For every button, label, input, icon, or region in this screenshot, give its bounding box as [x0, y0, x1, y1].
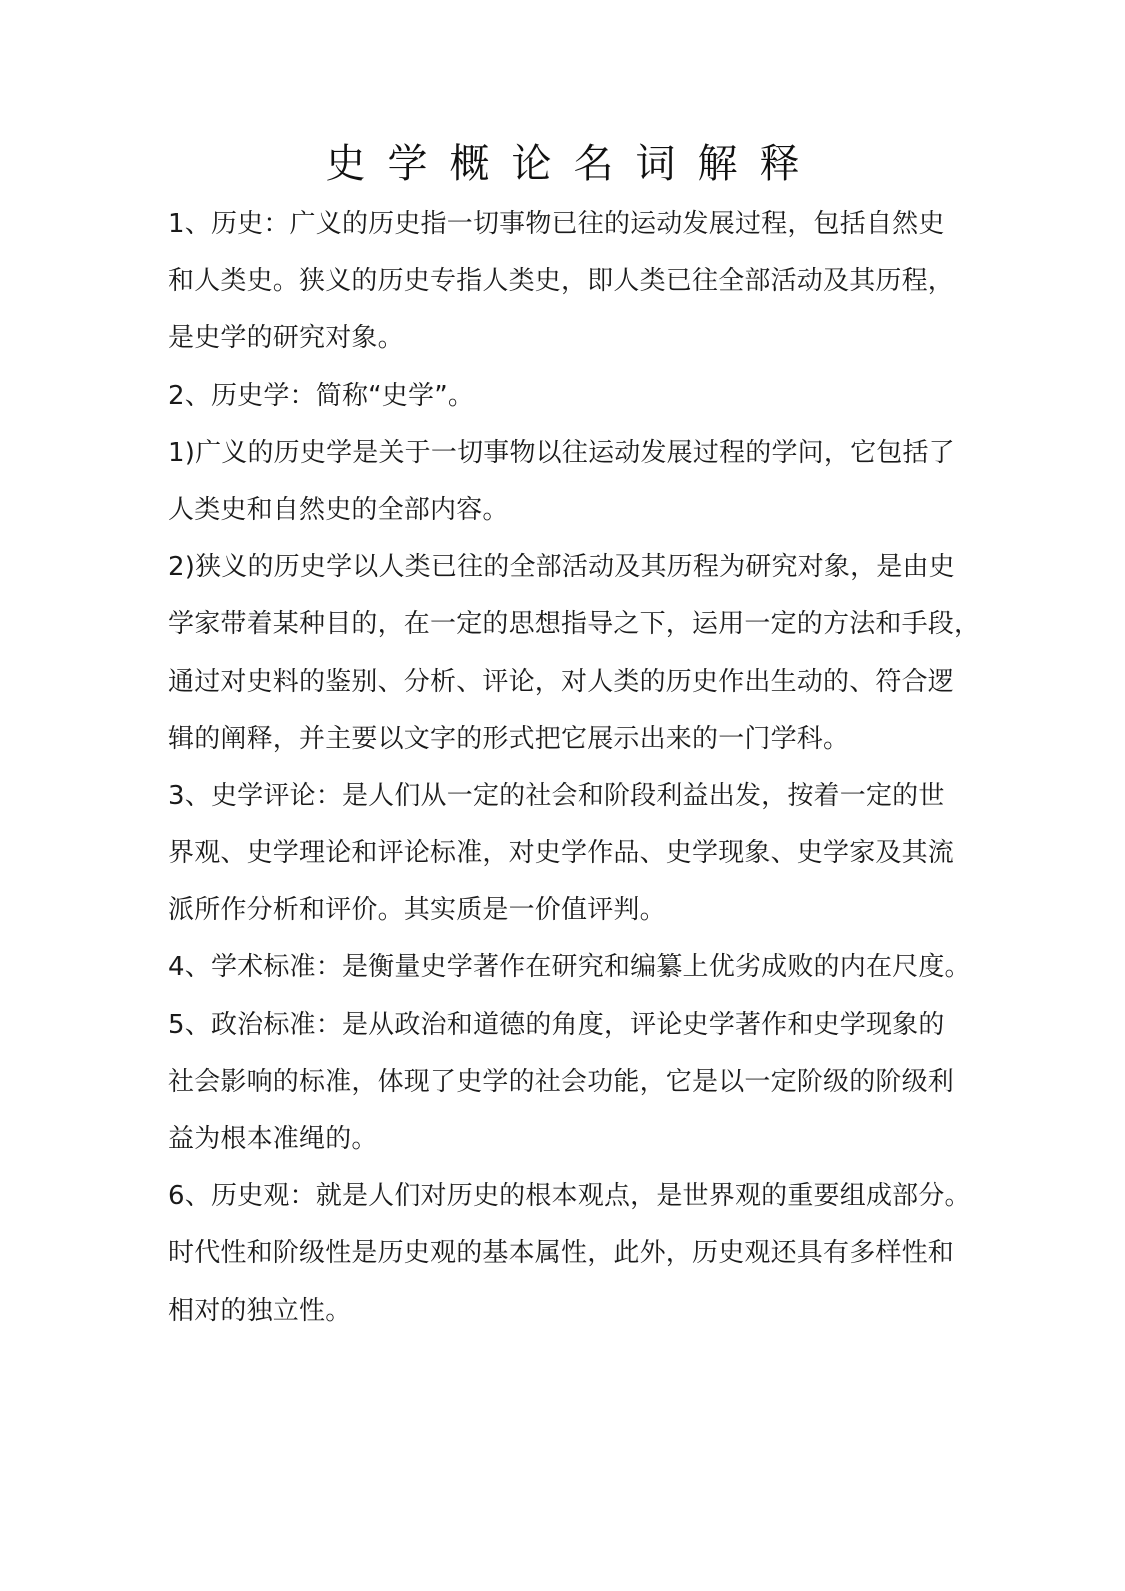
- text-line: 和人类史。狭义的历史专指人类史，即人类已往全部活动及其历程，: [168, 253, 958, 310]
- text-line: 4、学术标准：是衡量史学著作在研究和编纂上优劣成败的内在尺度。: [168, 939, 958, 996]
- text-line: 6、历史观：就是人们对历史的根本观点，是世界观的重要组成部分。: [168, 1168, 958, 1225]
- entry-5-political-standard: 5、政治标准：是从政治和道德的角度，评论史学著作和史学现象的 社会影响的标准，体…: [168, 997, 958, 1169]
- text-line: 3、史学评论：是人们从一定的社会和阶段利益出发，按着一定的世: [168, 768, 958, 825]
- text-line: 人类史和自然史的全部内容。: [168, 482, 958, 539]
- text-line: 通过对史料的鉴别、分析、评论，对人类的历史作出生动的、符合逻: [168, 654, 958, 711]
- text-line: 学家带着某种目的，在一定的思想指导之下，运用一定的方法和手段，: [168, 596, 958, 653]
- text-line: 社会影响的标准，体现了史学的社会功能，它是以一定阶级的阶级利: [168, 1054, 958, 1111]
- entry-3-historical-criticism: 3、史学评论：是人们从一定的社会和阶段利益出发，按着一定的世 界观、史学理论和评…: [168, 768, 958, 940]
- entry-1-history: 1、历史：广义的历史指一切事物已往的运动发展过程，包括自然史 和人类史。狭义的历…: [168, 196, 958, 368]
- text-line: 1、历史：广义的历史指一切事物已往的运动发展过程，包括自然史: [168, 196, 958, 253]
- text-line: 时代性和阶级性是历史观的基本属性，此外，历史观还具有多样性和: [168, 1225, 958, 1282]
- document-title: 史学概论名词解释: [0, 138, 1125, 190]
- text-line: 益为根本准绳的。: [168, 1111, 958, 1168]
- text-line: 派所作分析和评价。其实质是一价值评判。: [168, 882, 958, 939]
- document-body: 1、历史：广义的历史指一切事物已往的运动发展过程，包括自然史 和人类史。狭义的历…: [168, 196, 958, 1340]
- text-line: 相对的独立性。: [168, 1283, 958, 1340]
- text-line: 是史学的研究对象。: [168, 310, 958, 367]
- entry-2-historiography: 2、历史学：简称“史学”。 1)广义的历史学是关于一切事物以往运动发展过程的学问…: [168, 368, 958, 768]
- entry-6-view-of-history: 6、历史观：就是人们对历史的根本观点，是世界观的重要组成部分。 时代性和阶级性是…: [168, 1168, 958, 1340]
- entry-4-academic-standard: 4、学术标准：是衡量史学著作在研究和编纂上优劣成败的内在尺度。: [168, 939, 958, 996]
- text-line: 界观、史学理论和评论标准，对史学作品、史学现象、史学家及其流: [168, 825, 958, 882]
- text-line: 1)广义的历史学是关于一切事物以往运动发展过程的学问，它包括了: [168, 425, 958, 482]
- text-line: 2、历史学：简称“史学”。: [168, 368, 958, 425]
- text-line: 5、政治标准：是从政治和道德的角度，评论史学著作和史学现象的: [168, 997, 958, 1054]
- text-line: 2)狭义的历史学以人类已往的全部活动及其历程为研究对象，是由史: [168, 539, 958, 596]
- text-line: 辑的阐释，并主要以文字的形式把它展示出来的一门学科。: [168, 711, 958, 768]
- document-page: 史学概论名词解释 1、历史：广义的历史指一切事物已往的运动发展过程，包括自然史 …: [0, 0, 1125, 1591]
